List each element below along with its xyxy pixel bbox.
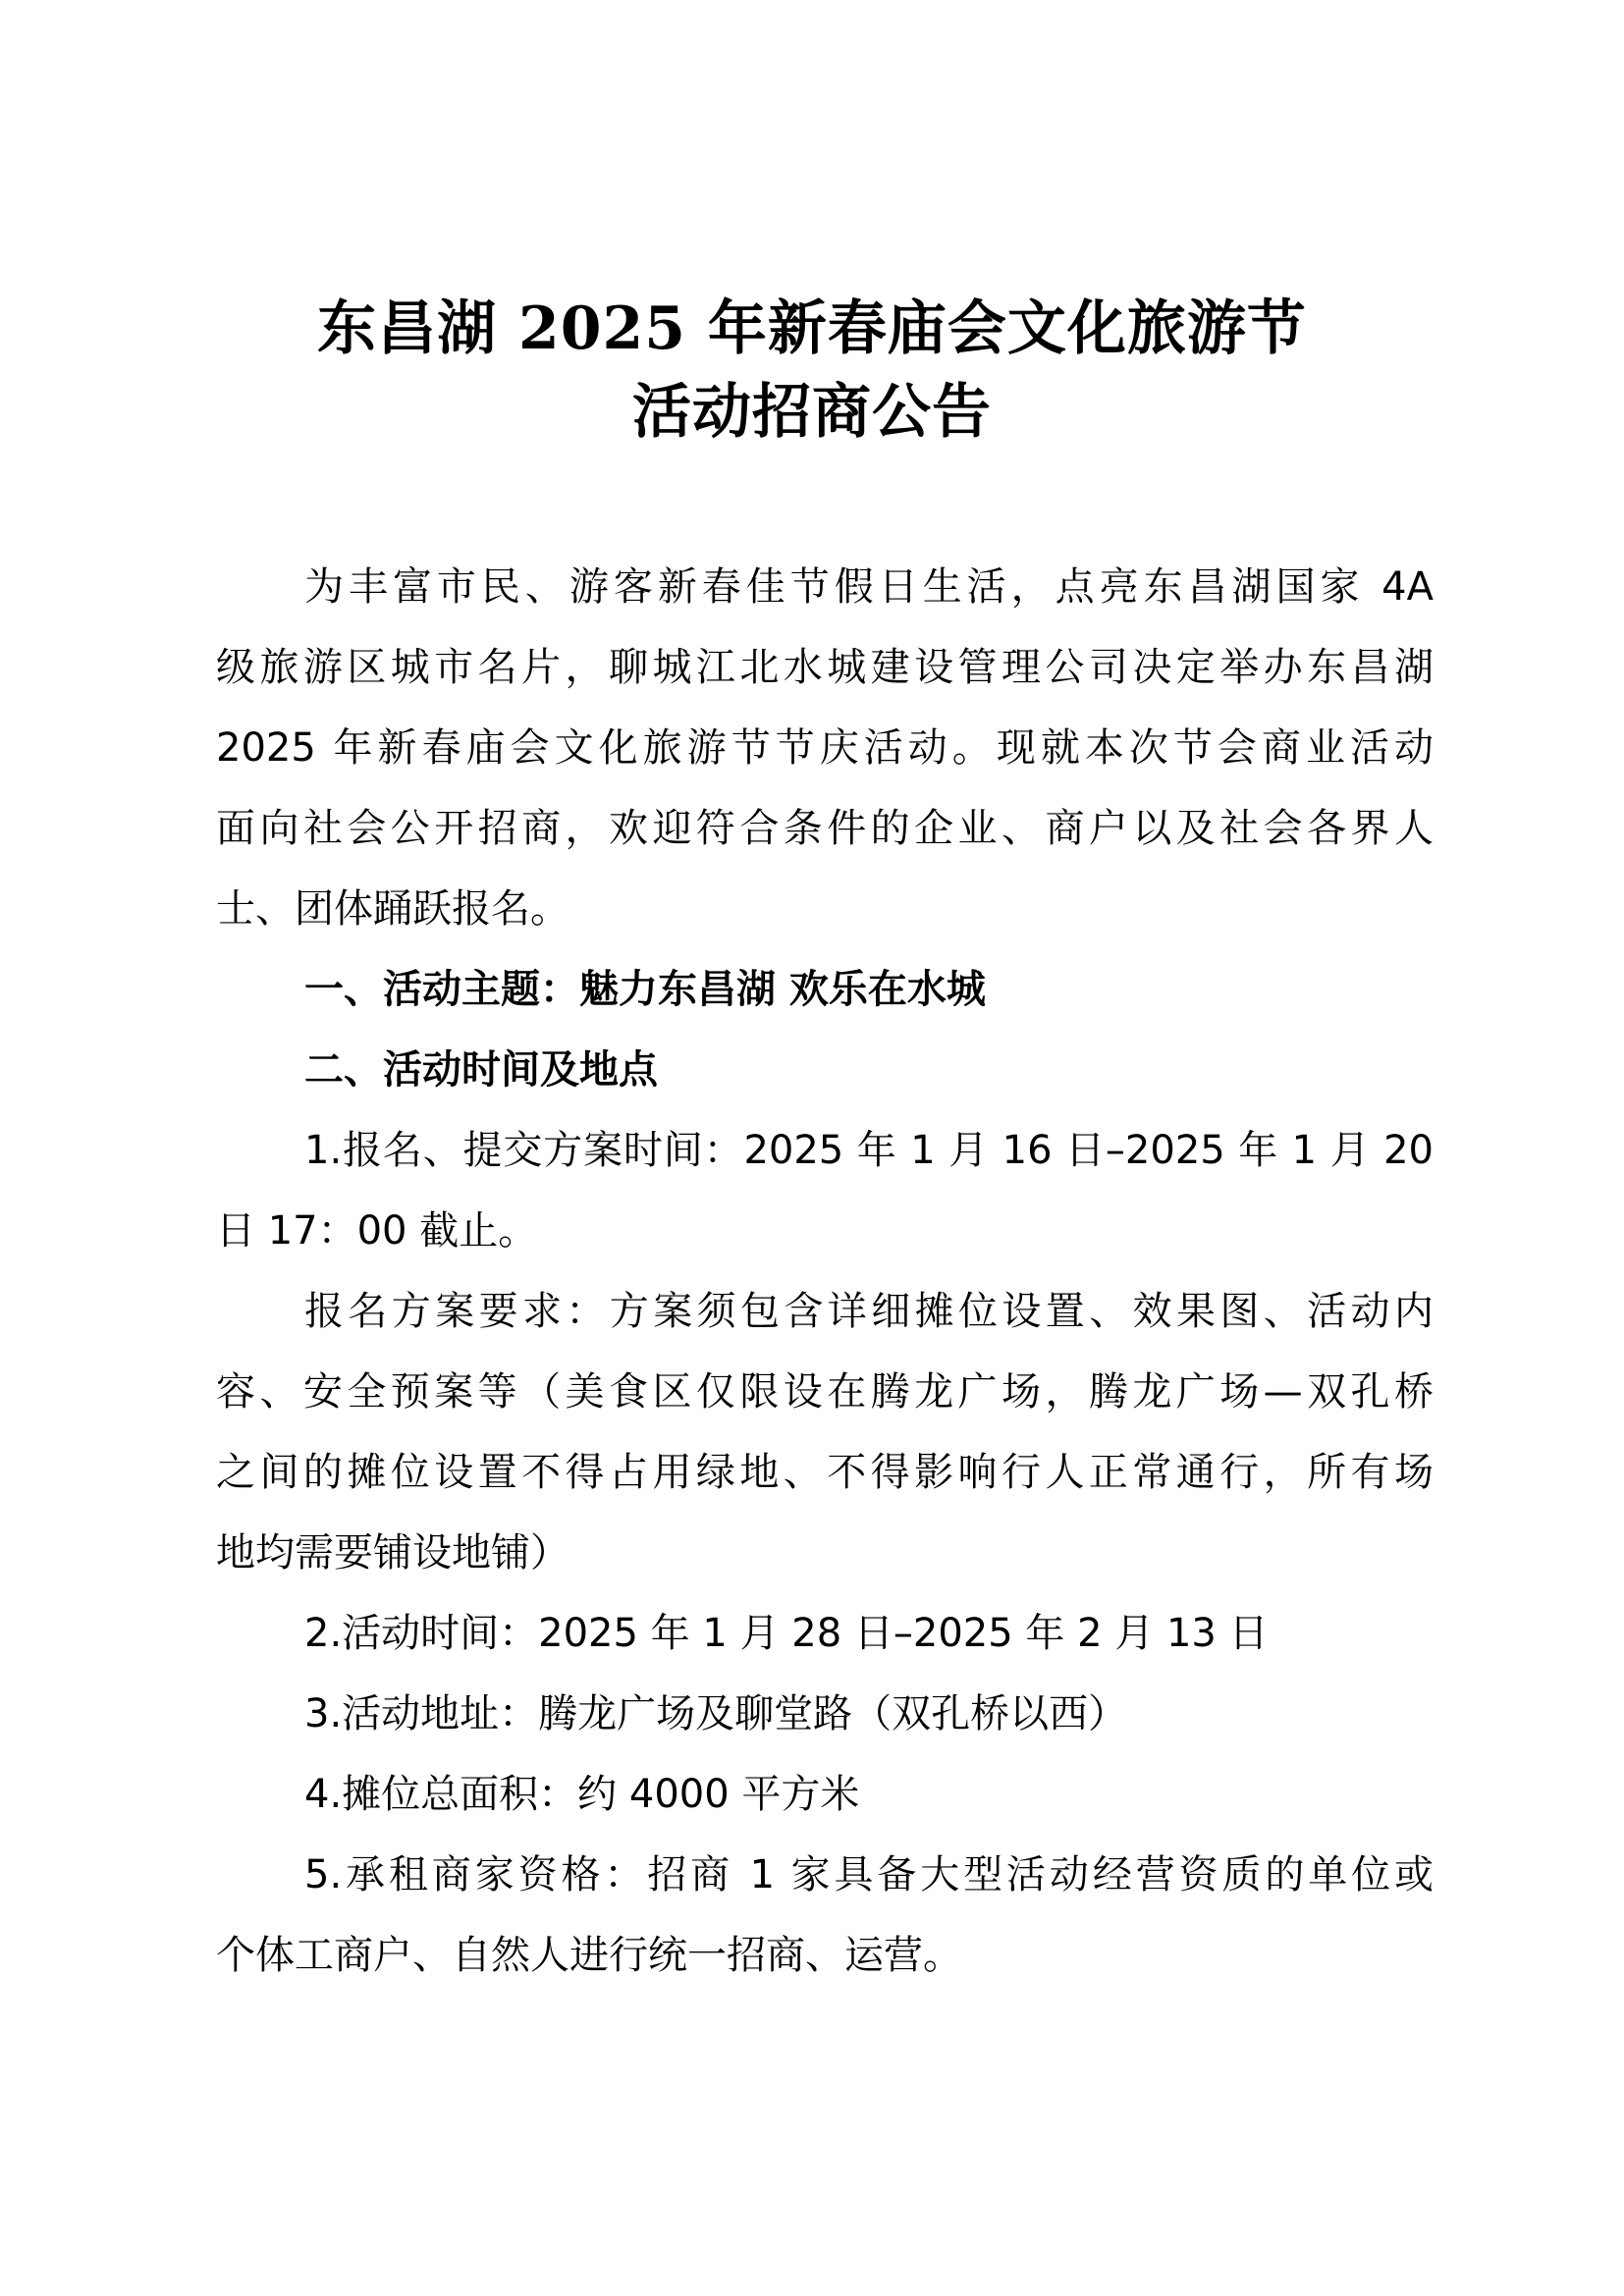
document-page: 东昌湖 2025 年新春庙会文化旅游节 活动招商公告 为丰富市民、游客新春佳节假… <box>0 0 1624 2296</box>
item-3: 3.活动地址：腾龙广场及聊堂路（双孔桥以西） <box>304 1689 1434 1738</box>
requirement-line-2: 容、安全预案等（美食区仅限设在腾龙广场，腾龙广场—双孔桥 <box>216 1367 1434 1416</box>
intro-line-4: 面向社会公开招商，欢迎符合条件的企业、商户以及社会各界人 <box>216 804 1434 853</box>
requirement-line-3: 之间的摊位设置不得占用绿地、不得影响行人正常通行，所有场 <box>216 1448 1434 1497</box>
intro-line-2: 级旅游区城市名片，聊城江北水城建设管理公司决定举办东昌湖 <box>216 643 1434 692</box>
section-1-heading: 一、活动主题：魅力东昌湖 欢乐在水城 <box>304 965 1434 1014</box>
item-1-line-1: 1.报名、提交方案时间：2025 年 1 月 16 日–2025 年 1 月 2… <box>304 1126 1434 1175</box>
document-title-line-2: 活动招商公告 <box>0 378 1624 447</box>
document-title-line-1: 东昌湖 2025 年新春庙会文化旅游节 <box>0 294 1624 363</box>
item-5-line-2: 个体工商户、自然人进行统一招商、运营。 <box>216 1931 1434 1980</box>
item-4: 4.摊位总面积：约 4000 平方米 <box>304 1770 1434 1819</box>
intro-line-3: 2025 年新春庙会文化旅游节节庆活动。现就本次节会商业活动 <box>216 723 1434 773</box>
intro-line-1: 为丰富市民、游客新春佳节假日生活，点亮东昌湖国家 4A <box>304 562 1434 612</box>
item-5-line-1: 5.承租商家资格：招商 1 家具备大型活动经营资质的单位或 <box>304 1850 1434 1899</box>
section-2-heading: 二、活动时间及地点 <box>304 1045 1434 1095</box>
requirement-line-1: 报名方案要求：方案须包含详细摊位设置、效果图、活动内 <box>304 1287 1434 1336</box>
requirement-line-4: 地均需要铺设地铺） <box>216 1528 1434 1577</box>
item-1-line-2: 日 17：00 截止。 <box>216 1206 1434 1255</box>
intro-line-5: 士、团体踊跃报名。 <box>216 884 1434 934</box>
item-2: 2.活动时间：2025 年 1 月 28 日–2025 年 2 月 13 日 <box>304 1609 1434 1658</box>
